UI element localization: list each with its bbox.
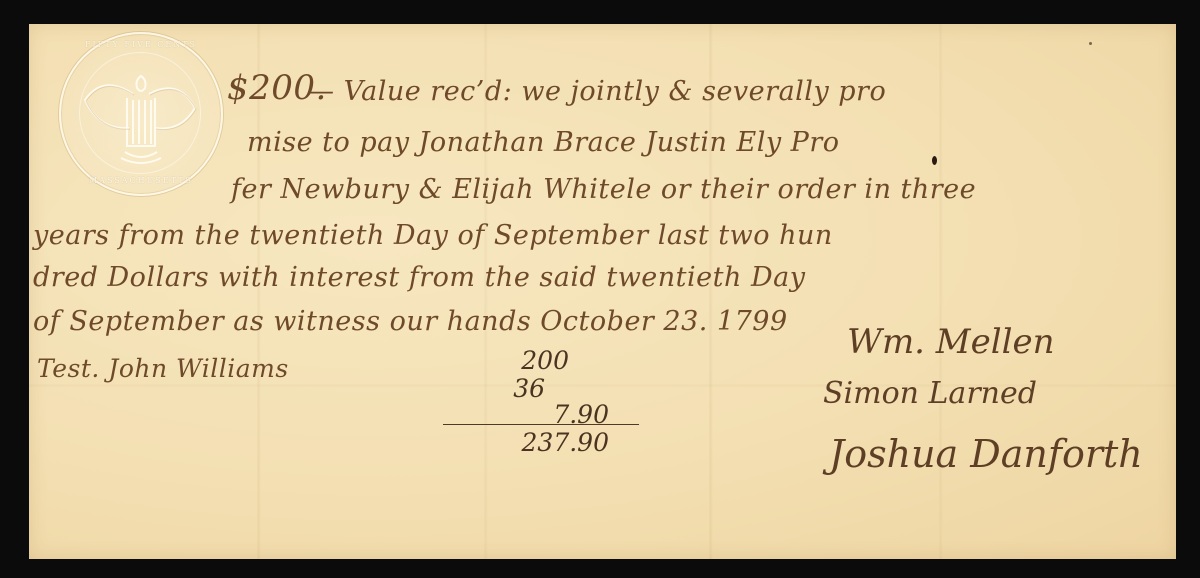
witness-attestation: Test. John Williams xyxy=(37,354,289,383)
eagle-emblem-icon xyxy=(61,34,221,194)
ink-speck xyxy=(1089,42,1092,45)
note-body-line-1: — Value rec’d: we jointly & severally pr… xyxy=(307,76,886,107)
calc-sum-rule xyxy=(443,424,639,425)
signature-larned: Simon Larned xyxy=(823,376,1037,411)
note-body-line-6: of September as witness our hands Octobe… xyxy=(33,306,788,337)
embossed-seal: FIFTY FIVE CENTS MASSACHUSETTS xyxy=(59,32,223,196)
promissory-note-paper: FIFTY FIVE CENTS MASSACHUSETTS $200 xyxy=(29,24,1176,559)
signature-mellen: Wm. Mellen xyxy=(847,322,1055,362)
ink-blot xyxy=(932,156,937,165)
seal-text-bottom: MASSACHUSETTS xyxy=(61,176,221,185)
calc-item-1: 200 xyxy=(469,346,569,375)
scan-frame: FIFTY FIVE CENTS MASSACHUSETTS $200 xyxy=(0,0,1200,578)
note-body-line-4: years from the twentieth Day of Septembe… xyxy=(33,220,833,251)
note-body-line-5: dred Dollars with interest from the said… xyxy=(33,262,805,293)
note-body-line-2: mise to pay Jonathan Brace Justin Ely Pr… xyxy=(247,127,840,158)
calc-item-2: 36 xyxy=(469,374,545,403)
signature-danforth: Joshua Danforth xyxy=(829,432,1143,476)
note-body-line-3: fer Newbury & Elijah Whitele or their or… xyxy=(231,174,976,205)
calc-total: 237.90 xyxy=(469,428,609,457)
